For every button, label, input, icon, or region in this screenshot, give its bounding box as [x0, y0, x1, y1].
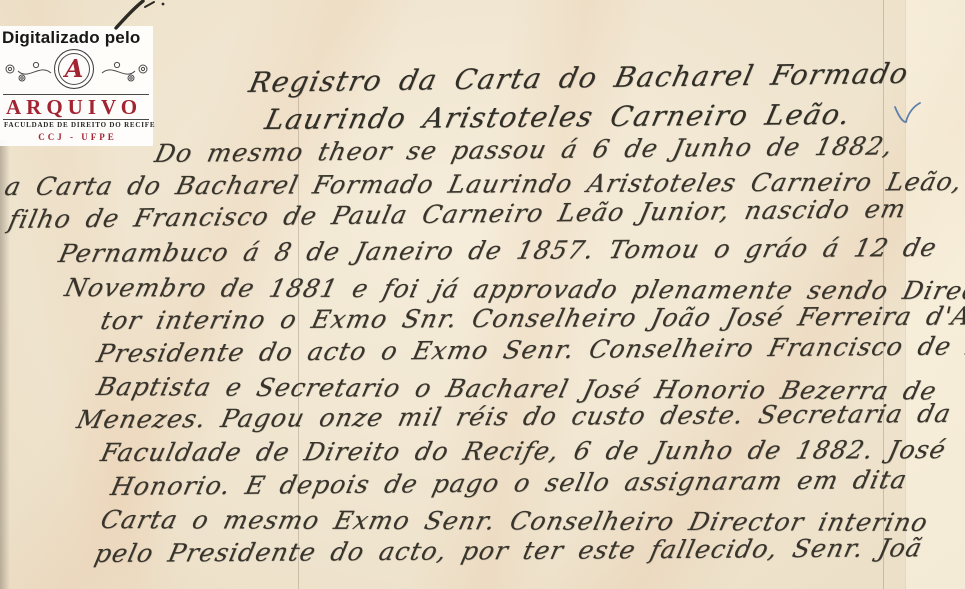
monogram-letter: A [65, 57, 84, 81]
archive-name: ARQUIVO [6, 96, 153, 118]
manuscript-body-line: Presidente do acto o Exmo Senr. Conselhe… [94, 331, 965, 368]
crest-flourish-right-icon [101, 59, 151, 85]
faculty-name: FACULDADE DE DIREITO DO RECIFE [4, 121, 153, 129]
crest-rule-mid [3, 119, 149, 120]
manuscript-body-line: Carta o mesmo Exmo Senr. Conselheiro Dir… [98, 505, 931, 537]
manuscript-body-line: Faculdade de Direito do Recife, 6 de Jun… [98, 435, 949, 467]
archive-crest: A [2, 49, 151, 93]
manuscript-body-line: Pernambuco á 8 de Janeiro de 1857. Tomou… [56, 233, 940, 268]
manuscript-body-line: Menezes. Pagou onze mil réis do custo de… [74, 399, 954, 434]
monogram-ring: A [54, 49, 94, 89]
top-pen-stroke [116, 1, 143, 28]
scan-edge-shadow [0, 140, 10, 589]
manuscript-body-line: tor interino o Exmo Snr. Conselheiro Joã… [98, 301, 965, 335]
manuscript-title-line-2: Laurindo Aristoteles Carneiro Leão. [262, 98, 854, 136]
top-pen-tick [145, 2, 154, 7]
manuscript-body-line: Honorio. E depois de pago o sello assign… [108, 465, 910, 501]
top-ink-dot [162, 3, 165, 6]
archive-watermark: Digitalizado pelo A [0, 26, 153, 146]
manuscript-body-line: pelo Presidente do acto, por ter este fa… [92, 533, 925, 568]
digitized-by-label: Digitalizado pelo [2, 28, 153, 48]
scanned-manuscript-page: Digitalizado pelo A [0, 0, 965, 589]
crest-flourish-left-icon [2, 59, 52, 85]
manuscript-body-line: Novembro de 1881 e foi já approvado plen… [62, 273, 965, 305]
manuscript-title-line-1: Registro da Carta do Bacharel Formado [246, 57, 912, 99]
org-acronym: CCJ - UFPE [2, 132, 153, 142]
manuscript-body-line: Do mesmo theor se passou á 6 de Junho de… [152, 131, 896, 168]
